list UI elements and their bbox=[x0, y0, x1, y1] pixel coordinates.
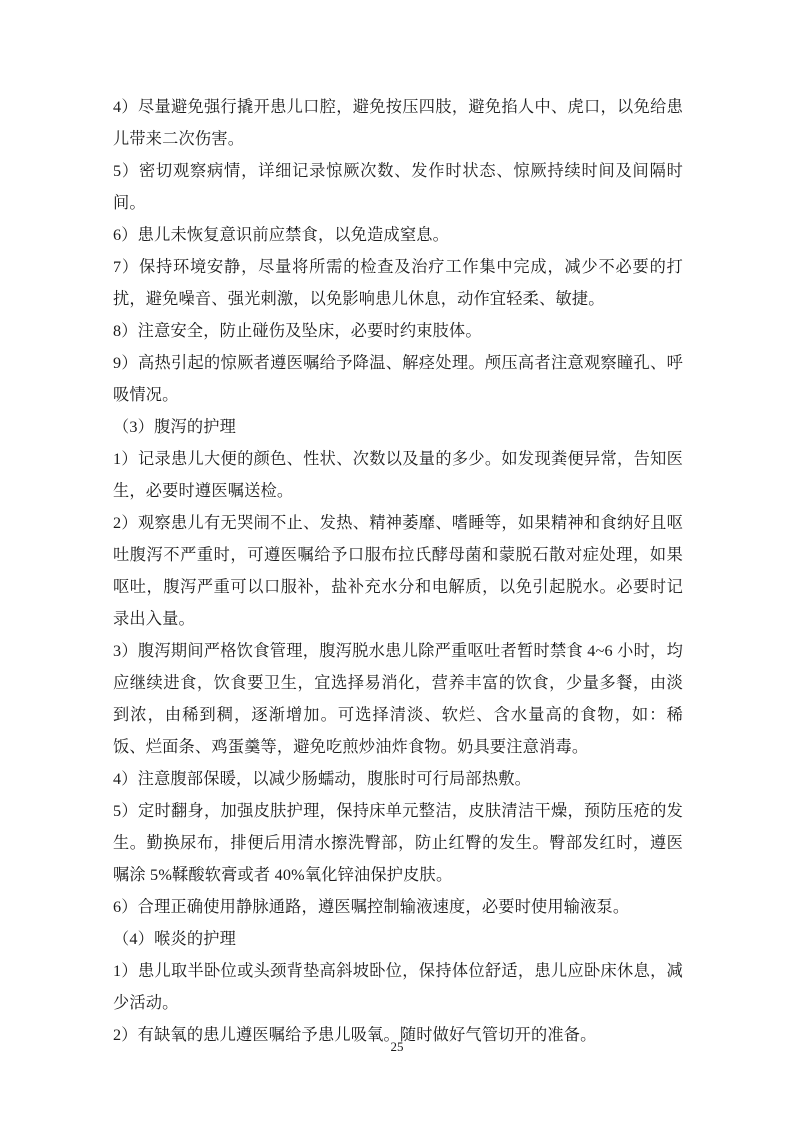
paragraph: 6）患儿未恢复意识前应禁食，以免造成窒息。 bbox=[113, 219, 683, 251]
page-footer: 25 bbox=[0, 1038, 794, 1056]
paragraph: 9）高热引起的惊厥者遵医嘱给予降温、解痉处理。颅压高者注意观察瞳孔、呼吸情况。 bbox=[113, 347, 683, 411]
paragraph: 5）密切观察病情，详细记录惊厥次数、发作时状态、惊厥持续时间及间隔时间。 bbox=[113, 155, 683, 219]
paragraph: 5）定时翻身，加强皮肤护理，保持床单元整洁，皮肤清洁干燥，预防压疮的发生。勤换尿… bbox=[113, 795, 683, 891]
paragraph: 8）注意安全，防止碰伤及坠床，必要时约束肢体。 bbox=[113, 315, 683, 347]
paragraph: 3）腹泻期间严格饮食管理，腹泻脱水患儿除严重呕吐者暂时禁食 4~6 小时，均应继… bbox=[113, 635, 683, 763]
paragraph: 1）患儿取半卧位或头颈背垫高斜坡卧位，保持体位舒适，患儿应卧床休息，减少活动。 bbox=[113, 955, 683, 1019]
paragraph: （3）腹泻的护理 bbox=[113, 411, 683, 443]
paragraph: 4）尽量避免强行撬开患儿口腔，避免按压四肢，避免掐人中、虎口，以免给患儿带来二次… bbox=[113, 91, 683, 155]
paragraph: 4）注意腹部保暖，以减少肠蠕动，腹胀时可行局部热敷。 bbox=[113, 763, 683, 795]
paragraph: （4）喉炎的护理 bbox=[113, 923, 683, 955]
document-body: 4）尽量避免强行撬开患儿口腔，避免按压四肢，避免掐人中、虎口，以免给患儿带来二次… bbox=[113, 91, 683, 1051]
paragraph: 6）合理正确使用静脉通路，遵医嘱控制输液速度，必要时使用输液泵。 bbox=[113, 891, 683, 923]
paragraph: 1）记录患儿大便的颜色、性状、次数以及量的多少。如发现粪便异常，告知医生，必要时… bbox=[113, 443, 683, 507]
paragraph: 2）观察患儿有无哭闹不止、发热、精神萎靡、嗜睡等，如果精神和食纳好且呕吐腹泻不严… bbox=[113, 507, 683, 635]
page-number: 25 bbox=[391, 1039, 404, 1054]
paragraph: 7）保持环境安静，尽量将所需的检查及治疗工作集中完成，减少不必要的打扰，避免噪音… bbox=[113, 251, 683, 315]
document-page: 4）尽量避免强行撬开患儿口腔，避免按压四肢，避免掐人中、虎口，以免给患儿带来二次… bbox=[0, 0, 794, 1123]
